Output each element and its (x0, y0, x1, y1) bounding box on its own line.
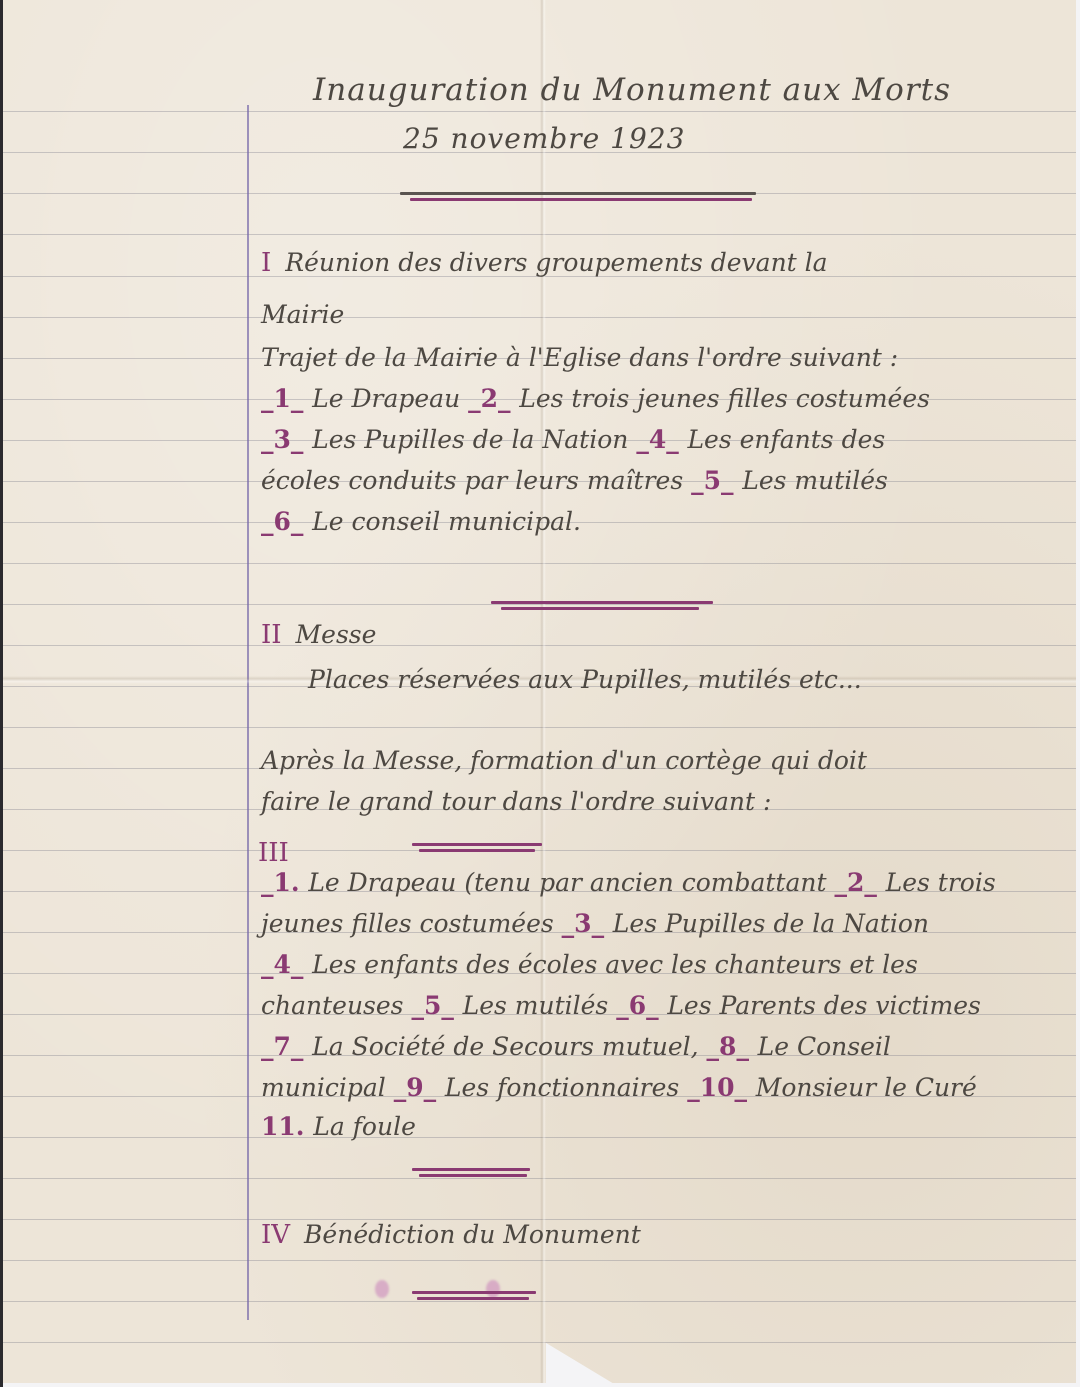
list-item-cont: écoles conduits par leurs maîtres (261, 466, 683, 495)
section-3-list-line: _7_ La Société de Secours mutuel, _8_ Le… (261, 1032, 891, 1061)
scan-edge (0, 0, 3, 1387)
section-4-heading: IVBénédiction du Monument (261, 1220, 641, 1250)
section-1-numeral: I (261, 248, 271, 278)
section-3-list-line: chanteuses _5_ Les mutilés _6_ Les Paren… (261, 991, 981, 1020)
section-4-numeral: IV (261, 1220, 290, 1250)
section-3-numeral: III (258, 838, 303, 868)
document-title: Inauguration du Monument aux Morts (313, 72, 951, 108)
list-item: Les mutilés (463, 991, 609, 1020)
list-item: Les Parents des victimes (667, 991, 981, 1020)
section-1-list-line: écoles conduits par leurs maîtres _5_ Le… (261, 466, 888, 495)
section-3-list-line: municipal _9_ Les fonctionnaires _10_ Mo… (261, 1073, 977, 1102)
list-item: Le Drapeau (312, 384, 460, 413)
section-3-list-line: _1. Le Drapeau (tenu par ancien combatta… (261, 868, 996, 897)
list-item: Le Drapeau (tenu par ancien combattant (308, 868, 826, 897)
section-2-heading: IIMesse (261, 620, 376, 650)
list-item: Les fonctionnaires (445, 1073, 679, 1102)
list-item-cont: jeunes filles costumées (261, 909, 554, 938)
list-item: Monsieur le Curé (756, 1073, 977, 1102)
section-1-heading-text: Réunion des divers groupements devant la (285, 248, 827, 277)
list-item: Le conseil municipal. (312, 507, 581, 536)
section-4-heading-text: Bénédiction du Monument (304, 1220, 641, 1249)
section-3-list-line: 11. La foule (261, 1112, 416, 1141)
section-1-list-line: _3_ Les Pupilles de la Nation _4_ Les en… (261, 425, 885, 454)
section-1-intro: Trajet de la Mairie à l'Eglise dans l'or… (261, 343, 898, 372)
list-item-cont: chanteuses (261, 991, 404, 1020)
section-3-list-line: _4_ Les enfants des écoles avec les chan… (261, 950, 918, 979)
list-item: Les enfants des (687, 425, 885, 454)
section-2-note: Places réservées aux Pupilles, mutilés e… (308, 665, 862, 694)
section-1-heading-cont: Mairie (261, 300, 344, 329)
list-item: Les trois jeunes filles costumées (519, 384, 930, 413)
list-item: Les mutilés (742, 466, 888, 495)
list-item: Les Pupilles de la Nation (613, 909, 929, 938)
list-item: Les enfants des écoles avec les chanteur… (312, 950, 918, 979)
list-item: Les Pupilles de la Nation (312, 425, 628, 454)
section-3-list-line: jeunes filles costumées _3_ Les Pupilles… (261, 909, 929, 938)
list-item: La Société de Secours mutuel, (312, 1032, 698, 1061)
handwritten-page: Inauguration du Monument aux Morts 25 no… (3, 0, 1076, 1383)
margin-line (247, 105, 249, 1320)
ink-blot (486, 1280, 500, 1298)
list-item: Les trois (886, 868, 996, 897)
section-2-numeral: II (261, 620, 282, 650)
section-1-list-line: _6_ Le conseil municipal. (261, 507, 581, 536)
section-2-after-line2: faire le grand tour dans l'ordre suivant… (261, 787, 771, 816)
section-2-heading-text: Messe (296, 620, 377, 649)
section-2-after-line1: Après la Messe, formation d'un cortège q… (261, 746, 867, 775)
list-item-cont: municipal (261, 1073, 386, 1102)
ink-blot (375, 1280, 389, 1298)
section-1-heading: IRéunion des divers groupements devant l… (261, 248, 828, 278)
list-item: Le Conseil (758, 1032, 891, 1061)
section-1-list-line: _1_ Le Drapeau _2_ Les trois jeunes fill… (261, 384, 930, 413)
document-date: 25 novembre 1923 (403, 122, 685, 155)
list-item: La foule (313, 1112, 416, 1141)
